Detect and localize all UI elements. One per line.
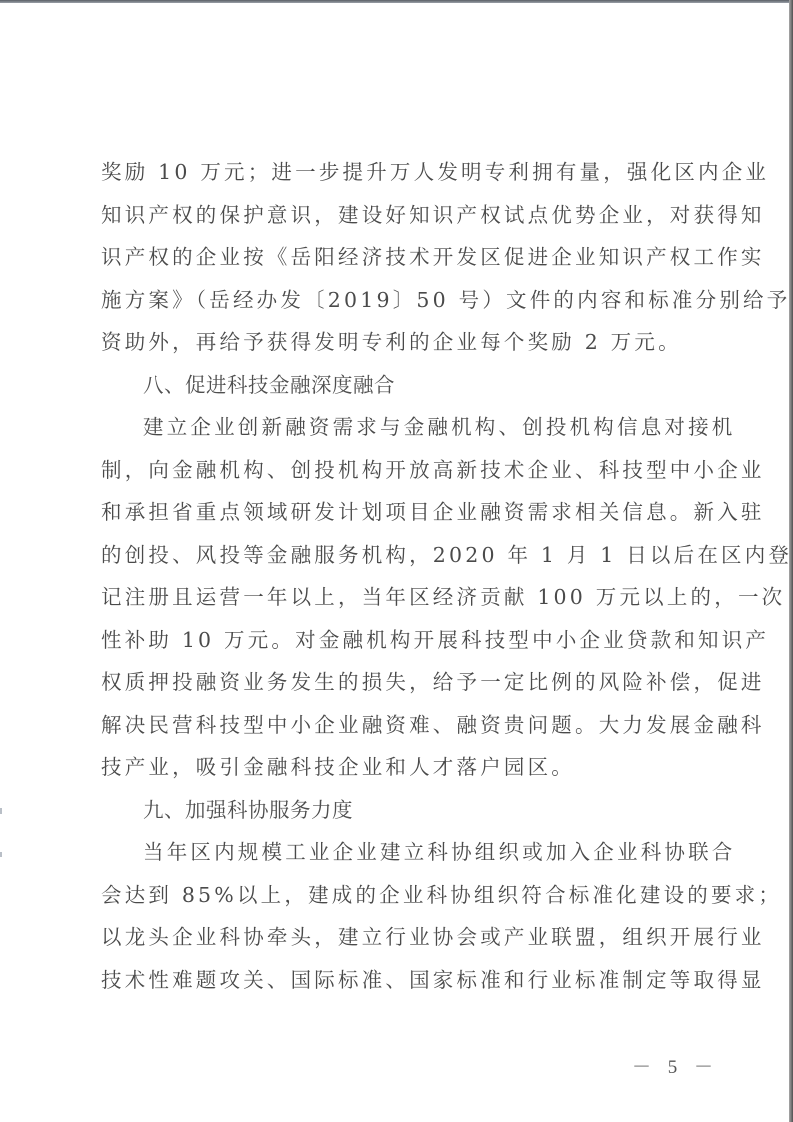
page-number: － 5 － xyxy=(632,1052,719,1079)
text-line: 以龙头企业科协牵头，建立行业协会或产业联盟，组织开展行业 xyxy=(101,916,685,959)
text-line: 知识产权的保护意识，建设好知识产权试点优势企业，对获得知 xyxy=(101,194,685,237)
text-line: 制，向金融机构、创投机构开放高新技术企业、科技型中小企业 xyxy=(101,449,685,492)
text-line: 识产权的企业按《岳阳经济技术开发区促进企业知识产权工作实 xyxy=(101,236,685,279)
text-line: 权质押投融资业务发生的损失，给予一定比例的风险补偿，促进 xyxy=(101,661,685,704)
paragraph-science-association: 当年区内规模工业企业建立科协组织或加入企业科协联合 会达到 85%以上，建成的企… xyxy=(101,831,685,1001)
text-line: 技术性难题攻关、国际标准、国家标准和行业标准制定等取得显 xyxy=(101,959,685,1002)
text-line: 解决民营科技型中小企业融资难、融资贵问题。大力发展金融科 xyxy=(101,704,685,747)
text-line: 施方案》（岳经办发〔2019〕50 号）文件的内容和标准分别给予 xyxy=(101,279,685,322)
text-line: 技产业，吸引金融科技企业和人才落户园区。 xyxy=(101,746,685,789)
text-line: 和承担省重点领域研发计划项目企业融资需求相关信息。新入驻 xyxy=(101,491,685,534)
text-line: 性补助 10 万元。对金融机构开展科技型中小企业贷款和知识产 xyxy=(101,619,685,662)
text-line: 当年区内规模工业企业建立科协组织或加入企业科协联合 xyxy=(101,831,685,874)
text-line: 建立企业创新融资需求与金融机构、创投机构信息对接机 xyxy=(101,406,685,449)
text-line: 记注册且运营一年以上，当年区经济贡献 100 万元以上的，一次 xyxy=(101,576,685,619)
section-heading-8: 八、促进科技金融深度融合 xyxy=(101,364,685,407)
text-line: 的创投、风投等金融服务机构，2020 年 1 月 1 日以后在区内登 xyxy=(101,534,685,577)
document-page: 奖励 10 万元；进一步提升万人发明专利拥有量，强化区内企业 知识产权的保护意识… xyxy=(101,151,685,1001)
scan-artifact-mark xyxy=(0,852,2,857)
scan-artifact-mark xyxy=(0,808,2,814)
text-line: 会达到 85%以上，建成的企业科协组织符合标准化建设的要求； xyxy=(101,874,685,917)
text-line: 资助外，再给予获得发明专利的企业每个奖励 2 万元。 xyxy=(101,321,685,364)
scan-top-edge xyxy=(0,0,793,3)
section-heading-9: 九、加强科协服务力度 xyxy=(101,789,685,832)
paragraph-continued: 奖励 10 万元；进一步提升万人发明专利拥有量，强化区内企业 知识产权的保护意识… xyxy=(101,151,685,364)
paragraph-finance: 建立企业创新融资需求与金融机构、创投机构信息对接机 制，向金融机构、创投机构开放… xyxy=(101,406,685,789)
text-line: 奖励 10 万元；进一步提升万人发明专利拥有量，强化区内企业 xyxy=(101,151,685,194)
